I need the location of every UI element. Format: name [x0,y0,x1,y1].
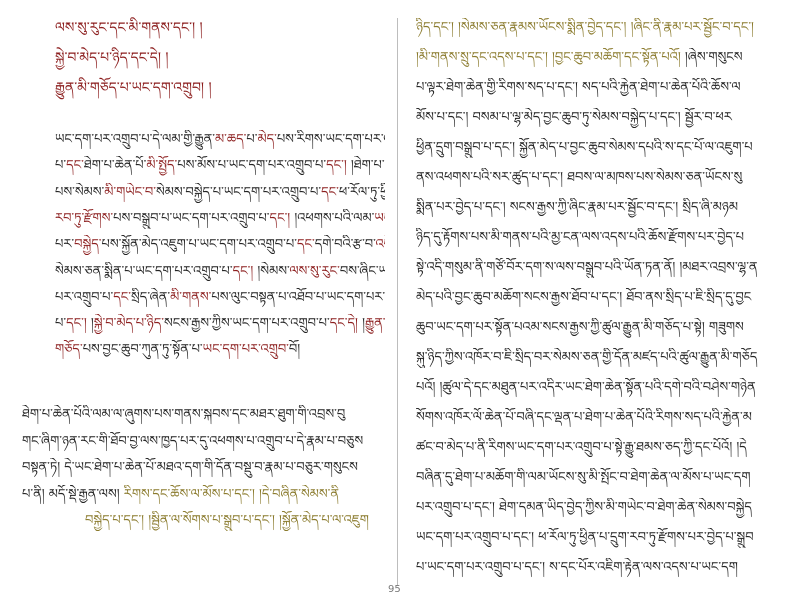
commentary-line: རབ་ཏུ་རྫོགས་པས་བསྒྲུབ་པ་ཡང་དག་པར་འགྲུབ་པ… [55,209,385,229]
text-segment: པས་སྐྱོན་མེད་འཇུག་པ་ཡང་དག་པར་འགྲུབ་པ་ [102,237,297,252]
text-segment: མོས་པ་དང་། བསམ་པ་ལྷ་མེད་བྱང་ཆུབ་ཏུ་སེམས་… [416,110,732,125]
text-segment: མ་ཆད་ [215,132,246,147]
text-segment: སྐུ་ཉིད་ཀྱིས་འཁོར་བ་ཇི་སྲིད་བར་སེམས་ཅན་ག… [416,350,757,365]
text-segment: ཚང་བ་མེད་པ་ནི་རིགས་ཡང་དག་པར་འགྲུབ་པ་སྟེ་… [416,440,747,455]
text-segment: ཕ་རོལ་ཏུ་ཕྱིན་པ་ [339,185,385,200]
right-text-line: སྐུ་ཉིད་ཀྱིས་འཁོར་བ་ཇི་སྲིད་བར་སེམས་ཅན་ག… [416,348,784,368]
text-segment: པས་སེམས་ [55,185,104,200]
text-segment: སངས་རྒྱས་ཀྱིས་ཡང་དག་པར་འགྲུབ་པ་ [164,316,330,331]
text-segment: སྐྱེ་བ་མེད་པ་ཉིད་ [94,316,164,331]
text-segment: དང་དེ། [330,316,358,331]
text-segment: ཡང་དག་པར་འགྲུབ་པ་དེ་ལམ་གྱི་རྒྱུན་ [55,132,215,147]
text-segment: བསྐྱེད་པ་དང་། །སྦྱིན་ལ་སོགས་པ་སྒྲུབ་པ་དང… [85,513,369,528]
right-text-line: །མི་གནས་སྲུ་དང་འདས་པ་དང་། །བྱང་ཆུབ་མཆོག་… [416,48,784,68]
right-text-line: པའོ། །ཚུལ་དེ་དང་མཐུན་པར་འདིར་ཡང་ཐེག་ཆེན་… [416,378,784,398]
verse-line: ལས་སུ་རུང་དང་མི་གནས་དང་། ། [55,18,203,38]
text-segment: པར་འགྲུབ་པ་ [55,290,113,305]
verse-line: རྒྱུན་མི་གཅོད་པ་ཡང་དག་འགྲུབ། ། [55,78,212,98]
text-segment: སེམས་ཅན་སྨིན་པ་ཡང་དག་པར་འགྲུབ་པ་ [55,264,233,279]
text-segment: ཉིད་དང་། །སེམས་ཅན་རྣམས་ཡོངས་སྨིན་བྱེད་དང… [416,20,754,35]
paragraph-line: ཐེག་པ་ཆེན་པོའི་ལམ་ལ་ཞུགས་པས་གནས་སྐབས་དང་… [22,405,392,425]
text-segment: ཡང་དག་པར་འགྲུབ་ [203,342,289,357]
text-segment: མེད་པའི་བྱང་ཆུབ་མཆོག་སངས་རྒྱས་ཐོབ་པ་དང་།… [416,290,751,305]
text-segment: མེད་ [257,132,276,147]
right-text-line: མོས་པ་དང་། བསམ་པ་ལྷ་མེད་བྱང་ཆུབ་ཏུ་སེམས་… [416,108,784,128]
text-segment: པ་ལྟར་ཐེག་ཆེན་གྱི་རིགས་སད་པ་དང་། སད་པའི་… [416,80,741,95]
text-segment: པས་རིགས་ཡང་དག་པར་འགྲུབ་ [277,132,385,147]
text-segment: དང་ [321,185,339,200]
right-text-line: ཆུབ་ཡང་དག་པར་སྟོན་པའམ་སངས་རྒྱས་ཀྱི་ཚུལ་ར… [416,318,784,338]
text-segment: པ་ [55,158,66,173]
text-segment: ཡང་དག [374,211,385,226]
right-text-line: སྨིན་པར་བྱེད་པ་དང་། སངས་རྒྱས་ཀྱི་ཞིང་རྣམ… [416,198,784,218]
right-text-line: ཕྱིན་དྲུག་བསྒྲུབ་པ་དང་། སྐྱོན་མེད་པ་བྱང་… [416,138,784,158]
paragraph-line: གང་ཞིག་ཉན་རང་གི་ཐོབ་བྱ་ལས་ཁྱད་པར་དུ་འཕགས… [22,432,392,452]
text-segment: རིགས་དང་ཆོས་ལ་མོས་པ་དང་། །དེ་བཞིན་སེམས་ན… [124,487,339,502]
left-page: ལས་སུ་རུང་དང་མི་གནས་དང་། །སྐྱེ་བ་མེད་པ་ཉ… [0,0,397,599]
text-segment: དང་། [326,158,347,173]
text-segment: །མི་གནས་སྲུ་དང་འདས་པ་དང་། །བྱང་ཆུབ་མཆོག་… [416,50,685,65]
text-segment: ཕྱིན་དྲུག་བསྒྲུབ་པ་དང་། སྐྱོན་མེད་པ་བྱང་… [416,140,753,155]
text-segment: པར་འགྲུབ་པ་དང་། ཐེག་དམན་ཡིད་བྱེད་ཀྱིས་མི… [416,500,752,515]
text-segment: དང་ [113,290,131,305]
right-text-line: མེད་པའི་བྱང་ཆུབ་མཆོག་སངས་རྒྱས་ཐོབ་པ་དང་།… [416,288,784,308]
text-segment: བས་ཞིང་ཡང་དག [340,264,385,279]
text-segment: བོ། [289,342,300,357]
text-segment: པའོ། །ཚུལ་དེ་དང་མཐུན་པར་འདིར་ཡང་ཐེག་ཆེན་… [416,380,756,395]
commentary-line: པ་དང་ཐེག་པ་ཆེན་པོ་མི་སྤྱོད་པས་མོས་པ་ཡང་ད… [55,156,385,176]
text-segment: བཞིན་དུ་ཐེག་པ་མཆོག་གི་ལམ་ཡོངས་སུ་མི་སྤོང… [416,470,750,485]
commentary-line: ཡང་དག་པར་འགྲུབ་པ་དེ་ལམ་གྱི་རྒྱུན་མ་ཆད་པ་… [55,130,385,150]
text-segment: ཐེག་པ་ཆེན་པོའི་ལམ་ལ་ཞུགས་པས་གནས་སྐབས་དང་… [22,407,345,422]
text-segment: ཆུབ་ཡང་དག་པར་སྟོན་པའམ་སངས་རྒྱས་ཀྱི་ཚུལ་ར… [416,320,744,335]
right-text-line: ནས་འཕགས་པའི་སར་ཚུད་པ་དང་། ཐབས་ལ་མཁས་པས་ས… [416,168,784,188]
commentary-line: གཅོད་པས་བྱང་ཆུབ་ཀུན་ཏུ་སྟོན་པ་ཡང་དག་པར་འ… [55,340,385,360]
right-text-line: བཞིན་དུ་ཐེག་པ་མཆོག་གི་ལམ་ཡོངས་སུ་མི་སྤོང… [416,468,784,488]
text-segment: དང་། [233,264,254,279]
right-text-line: པ་ཡང་དག་པར་འགྲུབ་པ་དང་། ས་དང་པོར་འཇིག་རྟ… [416,558,784,578]
text-segment: པ་ [246,132,257,147]
verse-line: སྐྱེ་བ་མེད་པ་ཉིད་དང་དེ། ། [55,48,169,68]
text-segment: སྟེ་འདི་གསུམ་ནི་གཙོ་བོར་དག་ས་ལས་བསྒྲུབ་པ… [416,260,758,275]
commentary-line: པར་བསྐྱེད་པས་སྐྱོན་མེད་འཇུག་པ་ཡང་དག་པར་འ… [55,235,385,255]
text-segment: །སེམས་ [253,264,289,279]
text-segment: མི་གཡེང་བ་ [104,185,156,200]
text-segment: གང་ཞིག་ཉན་རང་གི་ཐོབ་བྱ་ལས་ཁྱད་པར་དུ་འཕགས… [22,434,363,449]
text-segment: ཉིད་དུ་རྟོགས་པས་མི་གནས་པའི་མྱ་ངན་ལས་འདས་… [416,230,744,245]
text-segment: པ་ [55,316,66,331]
text-segment: སྨིན་པར་བྱེད་པ་དང་། སངས་རྒྱས་ཀྱི་ཞིང་རྣམ… [416,200,738,215]
text-segment: སྲིད་ཞེན་ [131,290,170,305]
right-text-line: ཡང་དག་པར་འགྲུབ་པ་དང་། ཕ་རོལ་ཏུ་ཕྱིན་པ་དྲ… [416,528,784,548]
text-segment: འཕེལ་ [375,237,385,252]
paragraph-line: པ་ནི། མདོ་སྡེ་རྒྱན་ལས། རིགས་དང་ཆོས་ལ་མོས… [22,485,392,505]
text-segment: དང་ [66,158,84,173]
text-segment: པས་མོས་པ་ཡང་དག་པར་འགྲུབ་པ་ [177,158,326,173]
text-segment: །ཐེག་པ་དམན་ [347,158,385,173]
text-segment: སོགས་འཁོར་ལོ་ཆེན་པོ་བཞི་དང་ལྡན་པ་ཐེག་པ་ཆ… [416,410,752,425]
right-text-line: སོགས་འཁོར་ལོ་ཆེན་པོ་བཞི་དང་ལྡན་པ་ཐེག་པ་ཆ… [416,408,784,428]
text-segment: སེམས་བསྐྱེད་པ་ཡང་དག་པར་འགྲུབ་པ་ [156,185,321,200]
text-segment: དང་། [66,316,87,331]
right-text-line: པར་འགྲུབ་པ་དང་། ཐེག་དམན་ཡིད་བྱེད་ཀྱིས་མི… [416,498,784,518]
text-segment: །ཞེས་གསུངས [685,50,743,65]
text-segment: དང་། [270,211,291,226]
text-segment: པར་ [55,237,74,252]
text-segment: རབ་ཏུ་རྫོགས་ [55,211,113,226]
text-segment: །འཕགས་པའི་ལམ་ [290,211,374,226]
right-text-line: ཉིད་དུ་རྟོགས་པས་མི་གནས་པའི་མྱ་ངན་ལས་འདས་… [416,228,784,248]
text-segment: རྒྱུན་མི་ [365,316,385,331]
text-segment: དགེ་བའི་རྩ་བ་ [315,237,376,252]
page-number: 95 [388,584,401,595]
text-segment: བསྐྱེད་ [74,237,101,252]
commentary-line: པས་སེམས་མི་གཡེང་བ་སེམས་བསྐྱེད་པ་ཡང་དག་པར… [55,183,385,203]
paragraph-line: བསྟན་ཏེ། དེ་ཡང་ཐེག་པ་ཆེན་པོ་མཐའ་དག་གི་དོ… [22,458,392,478]
text-segment: བསྟན་ཏེ། དེ་ཡང་ཐེག་པ་ཆེན་པོ་མཐའ་དག་གི་དོ… [22,460,358,475]
text-segment: ། [87,316,94,331]
right-text-line: ཉིད་དང་། །སེམས་ཅན་རྣམས་ཡོངས་སྨིན་བྱེད་དང… [416,18,784,38]
text-segment: ། [358,316,365,331]
text-segment: མི་སྤྱོད་ [146,158,177,173]
text-segment: ནས་འཕགས་པའི་སར་ཚུད་པ་དང་། ཐབས་ལ་མཁས་པས་ས… [416,170,742,185]
right-text-line: སྟེ་འདི་གསུམ་ནི་གཙོ་བོར་དག་ས་ལས་བསྒྲུབ་པ… [416,258,784,278]
text-segment: པས་བྱང་ཆུབ་ཀུན་ཏུ་སྟོན་པ་ [83,342,203,357]
text-segment: པས་ལུང་བསྟན་པ་འཐོབ་པ་ཡང་དག་པར་འགྲུབ་ [211,290,385,305]
text-segment: དང་ [297,237,315,252]
right-text-line: ཚང་བ་མེད་པ་ནི་རིགས་ཡང་དག་པར་འགྲུབ་པ་སྟེ་… [416,438,784,458]
text-segment: ལས་སུ་རུང་ [289,264,340,279]
commentary-line: པར་འགྲུབ་པ་དང་སྲིད་ཞེན་མི་གནས་པས་ལུང་བསྟ… [55,288,385,308]
text-segment: པས་བསྒྲུབ་པ་ཡང་དག་པར་འགྲུབ་པ་ [113,211,269,226]
commentary-line: པ་དང་། །སྐྱེ་བ་མེད་པ་ཉིད་སངས་རྒྱས་ཀྱིས་ཡ… [55,314,385,334]
text-segment: ཐེག་པ་ཆེན་པོ་ [84,158,147,173]
text-segment: ཡང་དག་པར་འགྲུབ་པ་དང་། ཕ་རོལ་ཏུ་ཕྱིན་པ་དྲ… [416,530,754,545]
commentary-line: སེམས་ཅན་སྨིན་པ་ཡང་དག་པར་འགྲུབ་པ་དང་། །སེ… [55,262,385,282]
paragraph-line: བསྐྱེད་པ་དང་། །སྦྱིན་ལ་སོགས་པ་སྒྲུབ་པ་དང… [85,511,392,531]
text-segment: པ་ཡང་དག་པར་འགྲུབ་པ་དང་། ས་དང་པོར་འཇིག་རྟ… [416,560,738,575]
right-text-line: པ་ལྟར་ཐེག་ཆེན་གྱི་རིགས་སད་པ་དང་། སད་པའི་… [416,78,784,98]
text-segment: པ་ནི། མདོ་སྡེ་རྒྱན་ལས། [22,487,124,502]
text-segment: གཅོད་ [55,342,83,357]
right-page: ཉིད་དང་། །སེམས་ཅན་རྣམས་ཡོངས་སྨིན་བྱེད་དང… [398,0,799,599]
text-segment: མི་གནས་ [170,290,211,305]
